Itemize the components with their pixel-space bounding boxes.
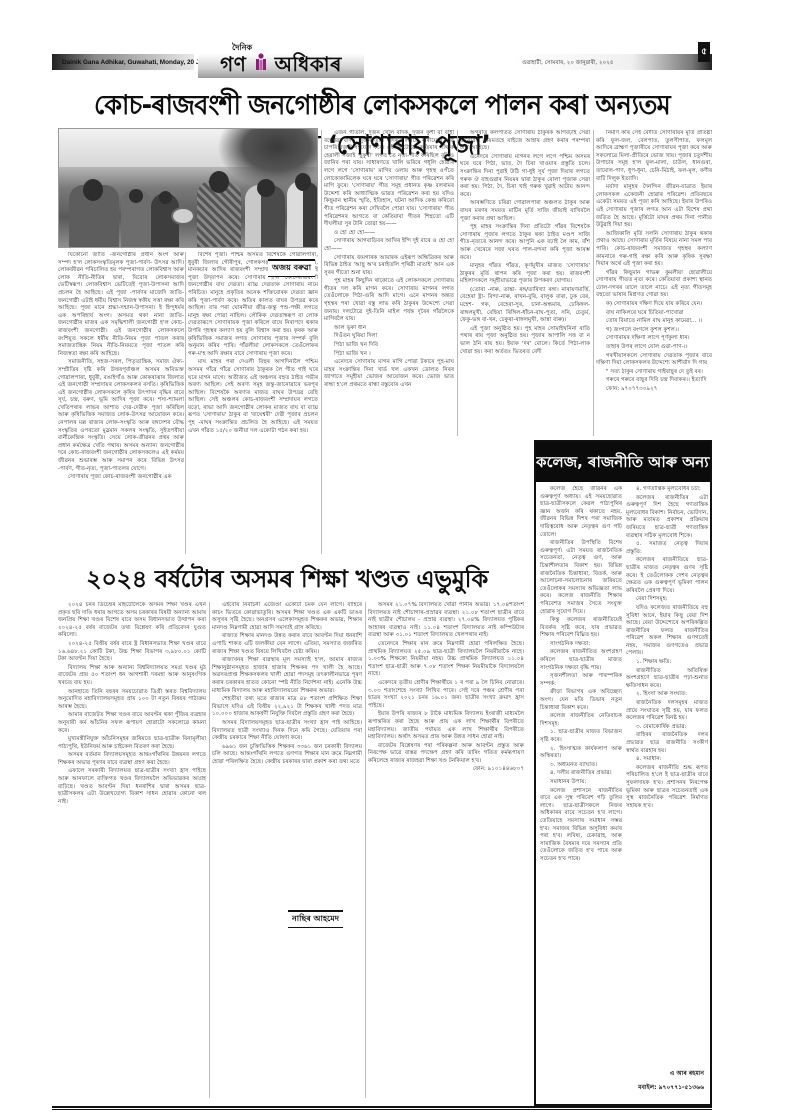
column-divider	[185, 252, 186, 554]
paragraph: (তোৰা -নাৰু, তাঙ্কা- ৰঙ্গ/তাৰিখ্যা ৰঙ্গা…	[460, 287, 590, 325]
list-item: ৪. দলীয় ৰাজনীতিৰ প্ৰভাৱ।	[540, 770, 622, 778]
paragraph: সোণাৰায় পূজা কোচ-ৰাজবংশী জনগোষ্ঠীৰ এক	[58, 474, 184, 482]
article2-headline: ২০২৪ বৰ্ষটোৰ অসমৰ শিক্ষা খণ্ডত এভুমুকি	[52, 560, 522, 598]
song-line: পিঠা ভাজি খন দিবি	[324, 342, 454, 350]
song-line: তোৰ বিয়াতে নামিল বাঘ মানুহ কামেৱা... ।।	[596, 318, 712, 326]
song-line: তাহাৰ উপৰ লাগে যোল গুৱা-পাণ-।।	[596, 344, 712, 352]
paragraph: এফালে সৰকাৰী বিদ্যালয়ত ছাত্ৰ-ছাত্ৰীৰ সং…	[58, 768, 206, 806]
drum-icon	[171, 207, 195, 225]
list-item: ১. ছাত্ৰ-ছাত্ৰীৰ মাজত বিভাজন সৃষ্টি কৰে।	[540, 729, 622, 744]
song-line: " সত্য ঠাকুৰ সোণাৰায় গাইবাছুৰ দে তুই বৰ…	[596, 369, 712, 377]
subheading: কলেজ ৰাজনীতিৰ নেতিবাচক দিশসমূহ:	[540, 713, 622, 728]
song-line: ক) সোণাৰায়ৰ দক্ষিণ দিয়ে যায় কৰিবে যেন…	[596, 301, 712, 309]
paragraph: গাঁৱৰ কিছুমান গাভৰু কুমলীয়া ছোৱালীয়ে স…	[596, 270, 712, 300]
paragraph: এজন গীতাল, দুজন খোল বাদক, দুজন কুশী বা ব…	[324, 130, 454, 229]
paragraph: ৰাজ্যত শিক্ষাৰ মানদণ্ড উন্নত কৰাৰ বাবে আ…	[212, 633, 362, 656]
paragraph: ৰাজনৈতিক দলসমূহৰ মাজত প্ৰায়ে সংঘাতৰ সৃষ…	[626, 700, 708, 723]
english-dateline: Dainik Gana Adhikar, Guwahati, Monday, 2…	[52, 54, 194, 70]
song-line: গ) জংগলে বংগলে কুশল কুশল।।	[596, 327, 712, 335]
paragraph: মুখ্যমন্ত্ৰীনিযুক্ত আঁচনিসমূহৰ জৰিয়তে ছ…	[58, 736, 206, 751]
photo-head	[83, 179, 103, 201]
article1-column-5: নিৰ্মাণ কৰি সেই বেদীত সোণাৰায়ৰ মূৰ্তি প…	[596, 130, 712, 436]
paragraph: যিকোনো জাতি -জনগোষ্ঠীৰ প্ৰধান অংগ আৰু সম…	[58, 252, 184, 358]
paragraph: পুহ মাহৰ সংক্ৰান্তিৰ দিনা প্ৰতিটো গাঁৱৰ …	[460, 224, 590, 262]
song-line: ও হো হো হো——	[324, 230, 454, 238]
list-item: ৩. অধ্যয়নত ব্যাঘাত।	[540, 762, 622, 770]
subheading: ৪. গণতান্ত্ৰিক মূল্যবোধৰ চৰ্চা:	[626, 486, 708, 494]
paragraph: ইয়াৰ উপৰি ৰাজ্যৰ ৮ টাকৈ মাধ্যমিক বিদ্যা…	[368, 711, 524, 741]
paragraph: কলেজৰ ৰাজনীতি শুদ্ধ ৰূপত পৰিচালিত হ'লে ই…	[626, 765, 708, 811]
paragraph: আমাৰ বাজেটত শিক্ষা খণ্ডৰ বাবে আবণ্টন থকা…	[58, 712, 206, 735]
article1-byline: অজয় বৰুৱা	[268, 259, 315, 277]
paragraph: এনেদৰে সোণাৰায় মাগনৰ লগে লগে পশ্চিম অসম…	[460, 154, 590, 200]
paragraph: সোণাৰায় আগবাড়িবৰ আখিৰ ইন্দি দুই বাৰে ও…	[324, 238, 454, 253]
photo-head	[295, 173, 311, 191]
paragraph: আৰম্ভণিতে চৰিৱা গোৱালপাৰা অঞ্চলত ঠাকুৰ আ…	[460, 200, 590, 223]
paragraph: কলেজ প্ৰশাসনে ৰাজনীতিৰ বাবে এক সুস্থ পৰি…	[540, 788, 622, 864]
logo-word-adhikar: অধিকাৰ	[275, 52, 342, 76]
people-logo-icon	[254, 55, 275, 76]
page-bottom-rule	[52, 1106, 712, 1110]
column-divider	[209, 602, 210, 1098]
article3-column-1: কলেজ হৈছে জীৱনৰ এক গুৰুত্বপূৰ্ণ অধ্যায়।…	[540, 486, 622, 1056]
paragraph: এনেদৰে সোণাৰায় মাগন মাগি পোৱা টকাৰে পুহ…	[324, 359, 454, 389]
subheading: ৫. সমাজত নেতৃত্ব দিয়াৰ প্ৰস্তুতি:	[626, 541, 708, 556]
author-phone: ফোন: ৯১০১৪৪৬৮০৭	[368, 766, 524, 774]
paragraph: ৬৯৬১ জন চুক্তিভিত্তিক শিক্ষকৰ ৩৩৬১ জন চৰ…	[212, 744, 362, 767]
song-line: পিঠা ভাজি খন ।	[324, 351, 454, 359]
paragraph: সোণাৰায় জমগাৰক আমাৰক এইৰূপ অন্ধিত্ৰিকৰ …	[324, 255, 454, 278]
subheading: সমাধানৰ উপায়:	[540, 779, 622, 787]
paragraph: অসমৰ বিদ্যালয়সমূহত ছাত্ৰ-ছাত্ৰীৰ সংখ্যা…	[212, 720, 362, 743]
column-divider	[457, 130, 458, 436]
article3-headline: কলেজ, ৰাজনীতি আৰু অন্যান্য	[536, 442, 710, 482]
paragraph: কলেজৰ ৰাজনীতিয়ে ছাত্ৰ-ছাত্ৰীৰ মাজত নেতৃ…	[626, 557, 708, 595]
article3-author-phone: মবাইল: ৯৭০৭৭১-৫১৩৬৬	[638, 1082, 704, 1093]
paragraph: পুহ মাহৰ কিছুদিন থাকোতে এই লোকসকলে সোণাৰ…	[324, 278, 454, 324]
paragraph: বিদ্যালয় শিক্ষা আৰু অন্যান্য বিশ্ববিদ্য…	[58, 665, 206, 688]
subheading: সাংগঠনিক দক্ষতা:	[540, 641, 622, 649]
article2-column-1: ২০২৪ চনৰ ডিচেম্বৰ মাহটোলৈকে অসমৰ শিক্ষা …	[58, 602, 206, 1098]
paragraph: ক্ৰীড়া বিভাগৰ এক অবিচ্ছেদ্য অংগ। যেন মত…	[540, 689, 622, 712]
masthead: Dainik Gana Adhikar, Guwahati, Monday, 2…	[52, 40, 712, 80]
paragraph: কলেজৰ ৰাজনীতিৰ এটা গুৰুত্বপূৰ্ণ দিশ হৈছে…	[626, 495, 708, 541]
paragraph: মাঘ মাহৰ পৰা দেওলী বিহুৰ আগদিনালৈ পশ্চিম…	[188, 359, 318, 435]
paragraph: আনহাতে তিনি বছৰৰ সময়চোৱাত ডিগ্ৰী স্তৰত …	[58, 689, 206, 712]
column-divider	[593, 130, 594, 436]
paragraph: অসমৰ ২১.০৭% বিদ্যালয়ত খোৱা পানীৰ অভাৱ। …	[368, 602, 524, 640]
paragraph: আজিকালি মূৰ্তি সলনি সোণাৰায় ঠাকুৰ থকাৰ …	[596, 231, 712, 269]
article1-column-1: যিকোনো জাতি -জনগোষ্ঠীৰ প্ৰধান অংগ আৰু সম…	[58, 252, 184, 554]
paragraph: মানুহৰ গাঁৱত গাঁৱত, কূৰ্ণমুখীৰ মাজত 'সোণ…	[460, 263, 590, 286]
song-line: আল ভূকা ধান	[324, 325, 454, 333]
paragraph: শেহতীয়া তথ্য মতে ৰাজ্যৰ মাত্ৰ ৪৮ শতাংশ …	[212, 696, 362, 719]
article1-headline: কোচ-ৰাজবংশী জনগোষ্ঠীৰ লোকসকলে পালন কৰা অ…	[72, 86, 692, 126]
article1-column-3: এজন গীতাল, দুজন খোল বাদক, দুজন কুশী বা ব…	[324, 130, 454, 554]
list-item: ২. হিংসাত্মক কাৰ্যকলাপ আৰু অস্থিৰতা।	[540, 746, 622, 761]
author-phone: ফোন: ৯৭০৭৭৩০৯২৭	[596, 386, 712, 394]
paragraph: যদিও কলেজত ৰাজনীতিয়ে বহু সুবিধা আনে, ইয…	[626, 605, 708, 658]
song-line: বাঘ নাকিলৰে ঘৰে চিতিয়া-পাখোৱা	[596, 310, 712, 318]
subheading: ৩. বেমাকোৰ্ষিক প্ৰভাৱ:	[626, 724, 708, 732]
paragraph: কলেজ হৈছে জীৱনৰ এক গুৰুত্বপূৰ্ণ অধ্যায়।…	[540, 486, 622, 539]
article3-author-name: এ আৰ ৰহমান	[670, 1068, 704, 1079]
subheading: সৃজনশীলতা আৰু পাৰস্পৰিক সম্পৰ্ক:	[540, 673, 622, 688]
subheading: বেয়া দিশসমূহ:	[626, 596, 708, 604]
song-line: গৰুৰে গৰুৰে বাছুৰ দিবি চন্দ্ৰ দিবাকৰ।। ই…	[596, 377, 712, 385]
paragraph: কিন্তু কলেজৰ ৰাজনীতিয়েই বিতৰ্কৰ সৃষ্টি …	[540, 617, 622, 640]
paragraph: মৰ্যাদা মানুহৰ দৈনন্দিন জীৱন-যাত্ৰাত ইয়…	[596, 184, 712, 230]
paragraph: কলেজৰ ৰাজনীতিত অংশগ্ৰহণ কৰিলে ছাত্ৰ-ছাত্…	[540, 649, 622, 672]
paragraph: ২০২৪ চনৰ ডিচেম্বৰ মাহটোলৈকে অসমৰ শিক্ষা …	[58, 602, 206, 640]
article2-column-3: অসমৰ ২১.০৭% বিদ্যালয়ত খোৱা পানীৰ অভাৱ। …	[368, 602, 524, 1098]
subheading: ১. শিক্ষাৰ ক্ষতি:	[626, 659, 708, 667]
article1-photo	[58, 128, 318, 248]
paragraph: ৰাজ্যখনৰ শিক্ষা ব্যৱস্থাৰ মূল সমস্যাই হ'…	[212, 657, 362, 695]
newspaper-page: Dainik Gana Adhikar, Guwahati, Monday, 2…	[52, 40, 712, 1080]
song-line: দিওঁতন ঘুৰিয়া দিলা	[324, 333, 454, 341]
page-number: ৫	[698, 42, 710, 62]
paragraph: অসমৰ বৰ্তমান বিদ্যালয়সমূহত আন্তঃগাঁথনিৰ…	[58, 752, 206, 767]
article3-box: কলেজ, ৰাজনীতি আৰু অন্যান্য কলেজ হৈছে জীৱ…	[534, 440, 712, 1106]
photo-head	[159, 191, 172, 204]
column-divider	[365, 602, 366, 1098]
article2-byline: নাছিৰ আহমেদ	[288, 910, 343, 928]
paragraph: নিৰ্মাণ কৰি সেই বেদীত সোণাৰায়ৰ মূৰ্তি প…	[596, 130, 712, 183]
paragraph: বাজেটৰ বিশ্লেষণৰ পৰা পৰিকল্পনা আৰু আবণ্ট…	[368, 743, 524, 766]
paragraph: একেদৰে তৃতীয় শ্ৰেণীৰ শিক্ষাৰ্থীয়ে ১ ৰ …	[368, 680, 524, 710]
paragraph: সমাজনীতি, সহজ-সৰল, পিতৃতান্ত্ৰিক, সমাজ ঐ…	[58, 359, 184, 473]
assamese-dateline-text: গুৱাহাটী, সোমবাৰ, ২০ জানুৱাৰী, ২০২৫	[522, 60, 614, 66]
paragraph: ৰাজনীতিৰ উপস্থিতি বিশেষ গুৰুত্বপূৰ্ণ। এট…	[540, 540, 622, 616]
subheading: ৪. সমাধান:	[626, 756, 708, 764]
logo-text: গণ অধিকাৰ	[198, 50, 364, 83]
article2-column-2: এইবোৰ নিৰ্বাচনী এজেণ্ডা একোটা চমক যেন লা…	[212, 602, 362, 1098]
column-divider	[321, 130, 322, 554]
paragraph: ২০২৪-২৫ বিত্তীয় বৰ্ষৰ বাবে ষ্ট্ৰ বিধানস…	[58, 641, 206, 664]
article3-column-2: ৪. গণতান্ত্ৰিক মূল্যবোধৰ চৰ্চা: কলেজৰ ৰা…	[626, 486, 708, 1056]
photo-head	[257, 179, 275, 197]
paragraph: গৰখীয়াসকলে সোণাৰায় দেৱতাক পূজাৰ বাবে দ…	[596, 353, 712, 368]
subheading: ২. হিংসা আৰু সংঘাত:	[626, 691, 708, 699]
paragraph: এইবোৰ নিৰ্বাচনী এজেণ্ডা একোটা চমক যেন লা…	[212, 602, 362, 632]
paragraph: বাহিৰৰ ৰাজনৈতিক দলৰ প্ৰভাৱত ছাত্ৰ ৰাজনীত…	[626, 732, 708, 755]
logo-word-gana: গণ	[220, 52, 246, 76]
paragraph: এই পূজা অনুষ্ঠিত হয়। পুহ মাহৰ সোমাইখনিন…	[460, 326, 590, 356]
newspaper-logo: দৈনিক গণ অধিকাৰ	[198, 40, 364, 78]
paragraph: তেনেদৰে শিক্ষাৰ মান ক্ৰমে নিম্নগামী হোৱা…	[368, 641, 524, 679]
photo-head	[129, 189, 143, 203]
paragraph: ৰাজনীতিত অতিৰিক্ত অংশগ্ৰহণে ছাত্ৰ-ছাত্ৰী…	[626, 668, 708, 691]
article1-column-2: বিশেষ পূজা। পশ্চিম অসমত বিশেষকৈ গোৱালপাৰ…	[188, 252, 318, 554]
photo-head	[209, 171, 229, 193]
assamese-dateline: গুৱাহাটী, সোমবাৰ, ২০ জানুৱাৰী, ২০২৫	[512, 54, 712, 70]
article1-column-4: অগৰতি কলপাতত সোণাৰায় ঠাকুৰক আগবঢ়াই সেৱ…	[460, 130, 590, 436]
paragraph: অগৰতি কলপাতত সোণাৰায় ঠাকুৰক আগবঢ়াই সেৱ…	[460, 130, 590, 153]
song-line: সোণাৰায়ৰ দক্ষিণা লাগে পূৰ্ণকুলা ধান।	[596, 335, 712, 343]
